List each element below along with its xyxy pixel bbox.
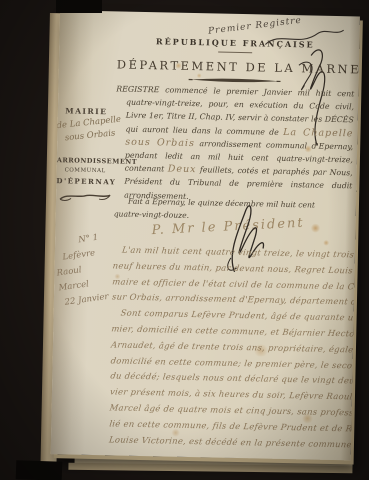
thin-rule — [218, 52, 252, 54]
top-right-annotation: Premier Registre — [208, 10, 358, 37]
communal-label: COMMUNAL — [57, 167, 114, 174]
register-page: Premier Registre RÉPUBLIQUE FRANÇAISE DÉ… — [51, 10, 360, 460]
arrondissement-label: ARRONDISSEMENT — [57, 156, 114, 165]
act-body-handwritten: L'an mil huit cent quatre vingt treize, … — [109, 242, 355, 452]
republic-title: RÉPUBLIQUE FRANÇAISE — [117, 35, 353, 50]
registre-paragraph: REGISTRE commencé le premier Janvier mil… — [114, 82, 354, 206]
book-tilt-wrapper: Premier Registre RÉPUBLIQUE FRANÇAISE DÉ… — [40, 10, 364, 476]
department-title: DÉPARTEMENT DE LA MARNE — [117, 57, 353, 76]
binding-clip-bottom — [16, 460, 63, 480]
binding-clip-top — [56, 0, 102, 13]
page-header: RÉPUBLIQUE FRANÇAISE DÉPARTEMENT DE LA M… — [117, 35, 354, 86]
photographed-register-page: Premier Registre RÉPUBLIQUE FRANÇAISE DÉ… — [0, 0, 369, 480]
feuillets-fill-handwritten: Deux — [168, 164, 197, 176]
epernay-label: D'ÉPERNAY — [56, 176, 113, 186]
flourish-ornament — [57, 191, 111, 204]
act-margin-note: N° 1 Lefèvre Raoul Marcel 22 Janvier — [52, 229, 118, 311]
arrondissement-margin-block: ARRONDISSEMENT COMMUNAL D'ÉPERNAY — [56, 152, 114, 204]
stain-spot — [323, 240, 329, 246]
